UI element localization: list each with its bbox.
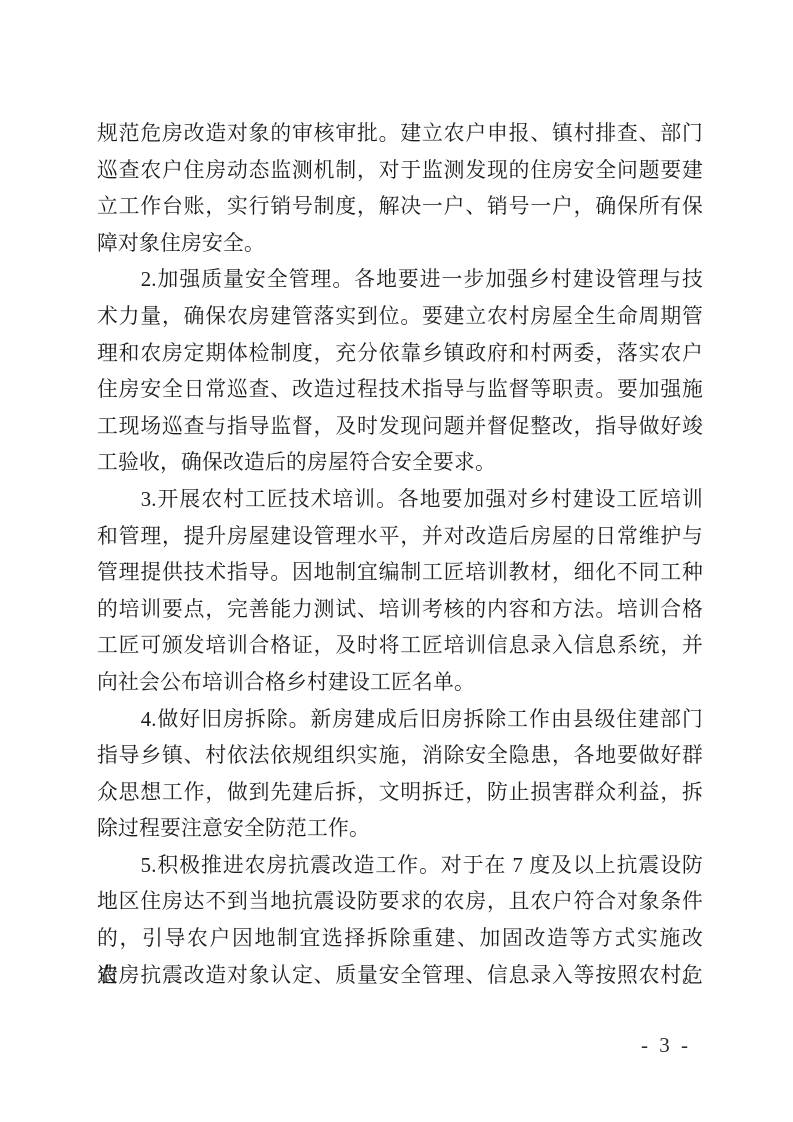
text-line: 5.积极推进农房抗震改造工作。对于在 7 度及以上抗震设防 — [97, 848, 703, 885]
text-line: 工匠可颁发培训合格证，及时将工匠培训信息录入信息系统，并 — [97, 628, 703, 665]
page-number: - 3 - — [641, 1033, 691, 1058]
text-line: 障对象住房安全。 — [97, 226, 703, 263]
text-line: 管理提供技术指导。因地制宜编制工匠培训教材，细化不同工种 — [97, 555, 703, 592]
text-line: 术力量，确保农房建管落实到位。要建立农村房屋全生命周期管 — [97, 299, 703, 336]
text-line: 除过程要注意安全防范工作。 — [97, 811, 703, 848]
document-page: 规范危房改造对象的审核审批。建立农户申报、镇村排查、部门巡查农户住房动态监测机制… — [0, 0, 793, 1122]
text-line: 农房抗震改造对象认定、质量安全管理、信息录入等按照农村危 — [97, 958, 703, 995]
text-line: 住房安全日常巡查、改造过程技术指导与监督等职责。要加强施 — [97, 372, 703, 409]
text-line: 工现场巡查与指导监督，及时发现问题并督促整改，指导做好竣 — [97, 409, 703, 446]
text-line: 立工作台账，实行销号制度，解决一户、销号一户，确保所有保 — [97, 189, 703, 226]
text-line: 3.开展农村工匠技术培训。各地要加强对乡村建设工匠培训 — [97, 482, 703, 519]
text-line: 的培训要点，完善能力测试、培训考核的内容和方法。培训合格 — [97, 592, 703, 629]
text-line: 众思想工作，做到先建后拆，文明拆迁，防止损害群众利益，拆 — [97, 775, 703, 812]
text-line: 理和农房定期体检制度，充分依靠乡镇政府和村两委，落实农户 — [97, 336, 703, 373]
text-line: 规范危房改造对象的审核审批。建立农户申报、镇村排查、部门 — [97, 116, 703, 153]
document-body: 规范危房改造对象的审核审批。建立农户申报、镇村排查、部门巡查农户住房动态监测机制… — [97, 116, 703, 994]
text-line: 的，引导农户因地制宜选择拆除重建、加固改造等方式实施改造。 — [97, 921, 703, 958]
text-line: 和管理，提升房屋建设管理水平，并对改造后房屋的日常维护与 — [97, 519, 703, 556]
text-line: 向社会公布培训合格乡村建设工匠名单。 — [97, 665, 703, 702]
text-line: 2.加强质量安全管理。各地要进一步加强乡村建设管理与技 — [97, 262, 703, 299]
text-line: 地区住房达不到当地抗震设防要求的农房，且农户符合对象条件 — [97, 884, 703, 921]
text-line: 工验收，确保改造后的房屋符合安全要求。 — [97, 445, 703, 482]
text-line: 指导乡镇、村依法依规组织实施，消除安全隐患，各地要做好群 — [97, 738, 703, 775]
text-line: 4.做好旧房拆除。新房建成后旧房拆除工作由县级住建部门 — [97, 702, 703, 739]
text-line: 巡查农户住房动态监测机制，对于监测发现的住房安全问题要建 — [97, 153, 703, 190]
